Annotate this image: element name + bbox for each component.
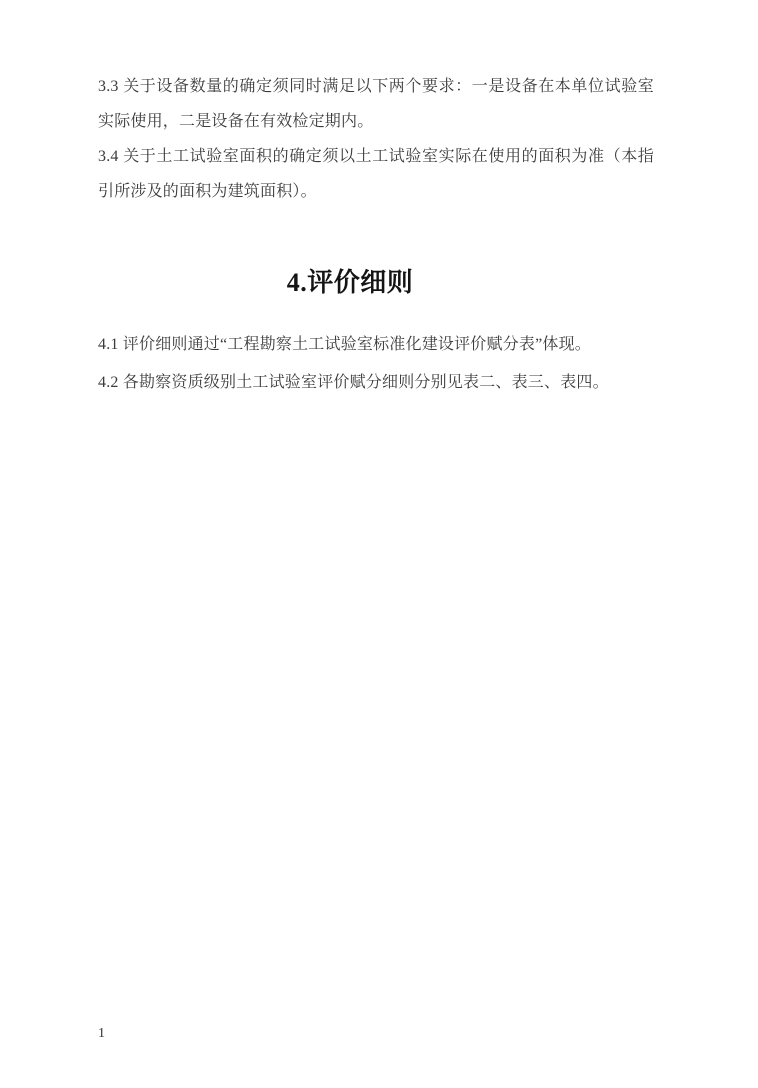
document-content: 3.3 关于设备数量的确定须同时满足以下两个要求：一是设备在本单位试验室实际使用…: [98, 69, 654, 403]
page-number: 1: [98, 1026, 105, 1041]
paragraph-3-4: 3.4 关于土工试验室面积的确定须以土工试验室实际在使用的面积为准（本指引所涉及…: [98, 139, 654, 209]
section-heading: 4.评价细则: [72, 263, 628, 303]
section-item-list: 4.1 评价细则通过“工程勘察土工试验室标准化建设评价赋分表”体现。 4.2 各…: [98, 327, 654, 400]
document-page: 3.3 关于设备数量的确定须同时满足以下两个要求：一是设备在本单位试验室实际使用…: [0, 0, 758, 1088]
paragraph-4-2: 4.2 各勘察资质级别土工试验室评价赋分细则分别见表二、表三、表四。: [98, 365, 654, 400]
paragraph-4-1: 4.1 评价细则通过“工程勘察土工试验室标准化建设评价赋分表”体现。: [98, 327, 654, 362]
page-footer: 1: [98, 1024, 105, 1044]
paragraph-3-3: 3.3 关于设备数量的确定须同时满足以下两个要求：一是设备在本单位试验室实际使用…: [98, 69, 654, 139]
